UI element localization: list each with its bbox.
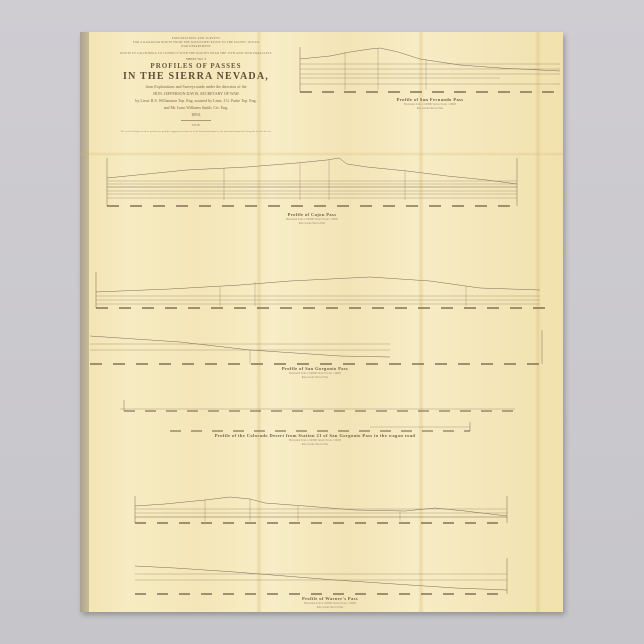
main-title-line1: PROFILES OF PASSES <box>110 62 282 71</box>
profile-caption: Profile of the Colorado Desert from Stat… <box>150 433 480 446</box>
year: 1853. <box>110 111 282 118</box>
profile-caption: Profile of San Fernando Pass Horizontal … <box>340 97 520 110</box>
body-line: by Lieut. R.S. Williamson Top. Eng. assi… <box>110 97 282 104</box>
body-line: HON. JEFFERSON DAVIS, SECRETARY OF WAR <box>110 90 282 97</box>
profile-diagram <box>120 400 520 460</box>
profile-cajon: Profile of Cajon Pass Horizontal Scale 1… <box>107 154 517 244</box>
note-label: NOTE <box>110 123 282 127</box>
divider <box>181 120 211 121</box>
profile-caption: Profile of Cajon Pass Horizontal Scale 1… <box>227 212 397 225</box>
body-line: and Mr. Isaac Williams Smith, Civ. Eng. <box>110 104 282 111</box>
note-text: The vertical heights on these profiles a… <box>110 130 282 134</box>
title-block: EXPLORATIONS AND SURVEYS FOR A RAILROAD … <box>110 36 282 134</box>
profile-diagram <box>90 272 550 372</box>
profile-colorado-desert: Profile of the Colorado Desert from Stat… <box>120 400 520 480</box>
main-title-line2: IN THE SIERRA NEVADA, <box>110 71 282 83</box>
profile-san-gorgonio: Profile of San Gorgonio Pass Horizontal … <box>90 272 550 372</box>
profile-caption: Profile of Warner's Pass Horizontal Scal… <box>245 596 415 609</box>
paper-edge-shadow <box>80 32 89 612</box>
profile-san-fernando: Profile of San Fernando Pass Horizontal … <box>300 42 560 112</box>
profile-diagram <box>107 154 517 244</box>
poster-paper: EXPLORATIONS AND SURVEYS FOR A RAILROAD … <box>80 32 563 612</box>
body-line: from Explorations and Surveys made under… <box>110 83 282 90</box>
profile-caption: Profile of San Gorgonio Pass Horizontal … <box>220 366 410 379</box>
profile-warners: Profile of Warner's Pass Horizontal Scal… <box>135 494 520 609</box>
profile-diagram <box>135 494 520 609</box>
header-line: WAR DEPARTMENT <box>110 44 282 48</box>
route-line: ROUTE IN CALIFORNIA TO CONNECT WITH THE … <box>110 51 282 55</box>
